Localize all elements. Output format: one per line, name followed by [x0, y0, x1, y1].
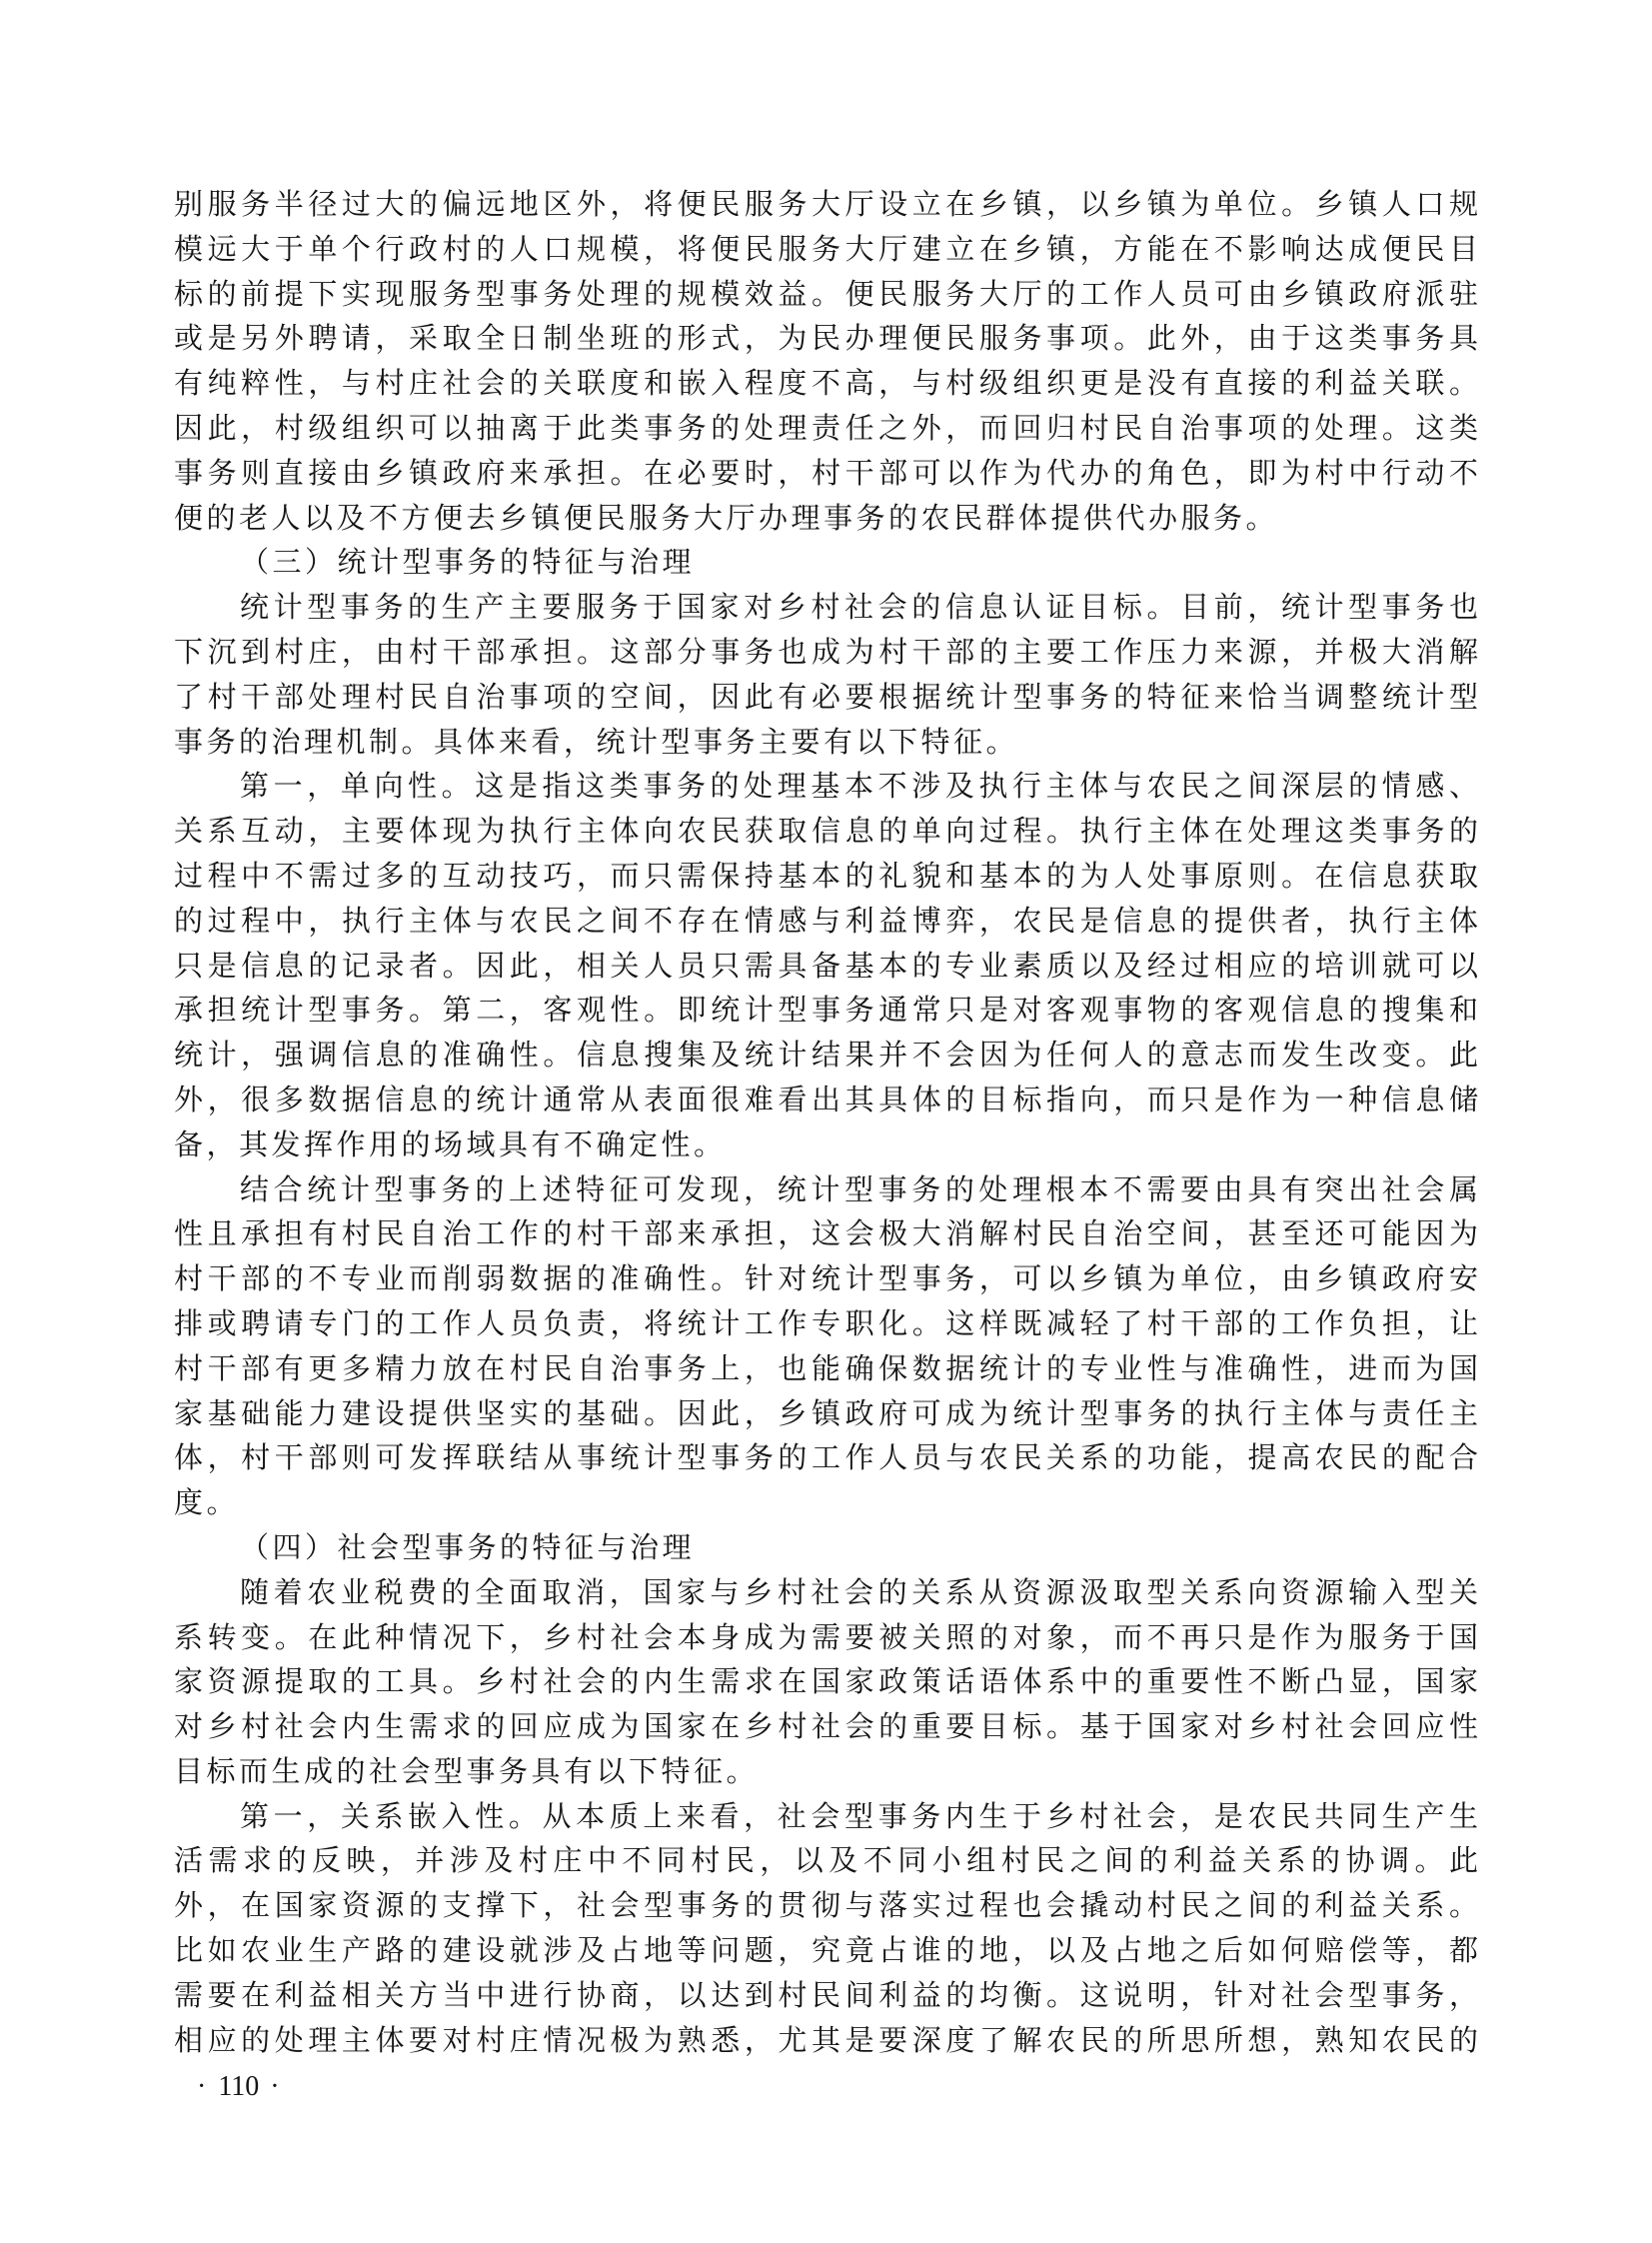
- text-line: 系转变。在此种情况下，乡村社会本身成为需要被关照的对象，而不再只是作为服务于国: [174, 1615, 1478, 1660]
- paragraph-continued: 别服务半径过大的偏远地区外，将便民服务大厅设立在乡镇，以乡镇为单位。乡镇人口规 …: [174, 182, 1478, 540]
- text-line: 外，很多数据信息的统计通常从表面很难看出其具体的目标指向，而只是作为一种信息储: [174, 1078, 1478, 1122]
- text-line: 对乡村社会内生需求的回应成为国家在乡村社会的重要目标。基于国家对乡村社会回应性: [174, 1704, 1478, 1749]
- text-line: 便的老人以及不方便去乡镇便民服务大厅办理事务的农民群体提供代办服务。: [174, 496, 1478, 541]
- text-line: 别服务半径过大的偏远地区外，将便民服务大厅设立在乡镇，以乡镇为单位。乡镇人口规: [174, 182, 1478, 227]
- text-line: 需要在利益相关方当中进行协商，以达到村民间利益的均衡。这说明，针对社会型事务，: [174, 1973, 1478, 2018]
- paragraph: 统计型事务的生产主要服务于国家对乡村社会的信息认证目标。目前，统计型事务也 下沉…: [174, 585, 1478, 764]
- section-heading-statistical: （三）统计型事务的特征与治理: [174, 540, 1478, 585]
- text-line: 下沉到村庄，由村干部承担。这部分事务也成为村干部的主要工作压力来源，并极大消解: [174, 630, 1478, 675]
- text-line: 或是另外聘请，采取全日制坐班的形式，为民办理便民服务事项。此外，由于这类事务具: [174, 316, 1478, 361]
- text-line: 关系互动，主要体现为执行主体向农民获取信息的单向过程。执行主体在处理这类事务的: [174, 809, 1478, 854]
- text-line: 村干部的不专业而削弱数据的准确性。针对统计型事务，可以乡镇为单位，由乡镇政府安: [174, 1256, 1478, 1301]
- text-line: 模远大于单个行政村的人口规模，将便民服务大厅建立在乡镇，方能在不影响达成便民目: [174, 227, 1478, 272]
- text-line: 承担统计型事务。第二，客观性。即统计型事务通常只是对客观事物的客观信息的搜集和: [174, 988, 1478, 1033]
- text-line: 相应的处理主体要对村庄情况极为熟悉，尤其是要深度了解农民的所思所想，熟知农民的: [174, 2018, 1478, 2063]
- text-line: 性且承担有村民自治工作的村干部来承担，这会极大消解村民自治空间，甚至还可能因为: [174, 1211, 1478, 1256]
- text-line: 第一，关系嵌入性。从本质上来看，社会型事务内生于乡村社会，是农民共同生产生: [174, 1794, 1478, 1839]
- page-number-suffix: ·: [270, 2073, 279, 2101]
- page-number-prefix: ·: [197, 2073, 206, 2101]
- text-line: 第一，单向性。这是指这类事务的处理基本不涉及执行主体与农民之间深层的情感、: [174, 764, 1478, 809]
- text-line: 了村干部处理村民自治事项的空间，因此有必要根据统计型事务的特征来恰当调整统计型: [174, 675, 1478, 720]
- text-line: 活需求的反映，并涉及村庄中不同村民，以及不同小组村民之间的利益关系的协调。此: [174, 1838, 1478, 1883]
- text-line: 只是信息的记录者。因此，相关人员只需具备基本的专业素质以及经过相应的培训就可以: [174, 944, 1478, 989]
- text-line: 事务则直接由乡镇政府来承担。在必要时，村干部可以作为代办的角色，即为村中行动不: [174, 451, 1478, 496]
- text-line: 统计型事务的生产主要服务于国家对乡村社会的信息认证目标。目前，统计型事务也: [174, 585, 1478, 630]
- text-line: 体，村干部则可发挥联结从事统计型事务的工作人员与农民关系的功能，提高农民的配合: [174, 1435, 1478, 1480]
- page-number-value: 110: [218, 2073, 259, 2101]
- text-line: 目标而生成的社会型事务具有以下特征。: [174, 1749, 1478, 1794]
- text-line: 家基础能力建设提供坚实的基础。因此，乡镇政府可成为统计型事务的执行主体与责任主: [174, 1391, 1478, 1436]
- text-line: 统计，强调信息的准确性。信息搜集及统计结果并不会因为任何人的意志而发生改变。此: [174, 1033, 1478, 1078]
- body-text: 别服务半径过大的偏远地区外，将便民服务大厅设立在乡镇，以乡镇为单位。乡镇人口规 …: [174, 182, 1478, 2062]
- text-line: 的过程中，执行主体与农民之间不存在情感与利益博弈，农民是信息的提供者，执行主体: [174, 899, 1478, 944]
- text-line: 度。: [174, 1480, 1478, 1525]
- paragraph-continues: 第一，关系嵌入性。从本质上来看，社会型事务内生于乡村社会，是农民共同生产生 活需…: [174, 1794, 1478, 2063]
- text-line: 比如农业生产路的建设就涉及占地等问题，究竟占谁的地，以及占地之后如何赔偿等，都: [174, 1928, 1478, 1973]
- text-line: 因此，村级组织可以抽离于此类事务的处理责任之外，而回归村民自治事项的处理。这类: [174, 406, 1478, 451]
- text-line: 家资源提取的工具。乡村社会的内生需求在国家政策话语体系中的重要性不断凸显，国家: [174, 1659, 1478, 1704]
- text-line: 结合统计型事务的上述特征可发现，统计型事务的处理根本不需要由具有突出社会属: [174, 1167, 1478, 1212]
- text-line: 村干部有更多精力放在村民自治事务上，也能确保数据统计的专业性与准确性，进而为国: [174, 1346, 1478, 1391]
- text-line: 过程中不需过多的互动技巧，而只需保持基本的礼貌和基本的为人处事原则。在信息获取: [174, 854, 1478, 899]
- text-line: 标的前提下实现服务型事务处理的规模效益。便民服务大厅的工作人员可由乡镇政府派驻: [174, 272, 1478, 317]
- paragraph: 结合统计型事务的上述特征可发现，统计型事务的处理根本不需要由具有突出社会属 性且…: [174, 1167, 1478, 1525]
- text-line: 有纯粹性，与村庄社会的关联度和嵌入程度不高，与村级组织更是没有直接的利益关联。: [174, 361, 1478, 406]
- text-line: 事务的治理机制。具体来看，统计型事务主要有以下特征。: [174, 720, 1478, 765]
- paragraph: 随着农业税费的全面取消，国家与乡村社会的关系从资源汲取型关系向资源输入型关 系转…: [174, 1570, 1478, 1794]
- text-line: 外，在国家资源的支撑下，社会型事务的贯彻与落实过程也会撬动村民之间的利益关系。: [174, 1883, 1478, 1928]
- text-line: 随着农业税费的全面取消，国家与乡村社会的关系从资源汲取型关系向资源输入型关: [174, 1570, 1478, 1615]
- section-heading-social: （四）社会型事务的特征与治理: [174, 1525, 1478, 1570]
- text-line: 备，其发挥作用的场域具有不确定性。: [174, 1122, 1478, 1167]
- text-line: 排或聘请专门的工作人员负责，将统计工作专职化。这样既减轻了村干部的工作负担，让: [174, 1301, 1478, 1346]
- book-page: 别服务半径过大的偏远地区外，将便民服务大厅设立在乡镇，以乡镇为单位。乡镇人口规 …: [0, 0, 1652, 2243]
- page-number: ·110·: [197, 2073, 280, 2101]
- paragraph: 第一，单向性。这是指这类事务的处理基本不涉及执行主体与农民之间深层的情感、 关系…: [174, 764, 1478, 1166]
